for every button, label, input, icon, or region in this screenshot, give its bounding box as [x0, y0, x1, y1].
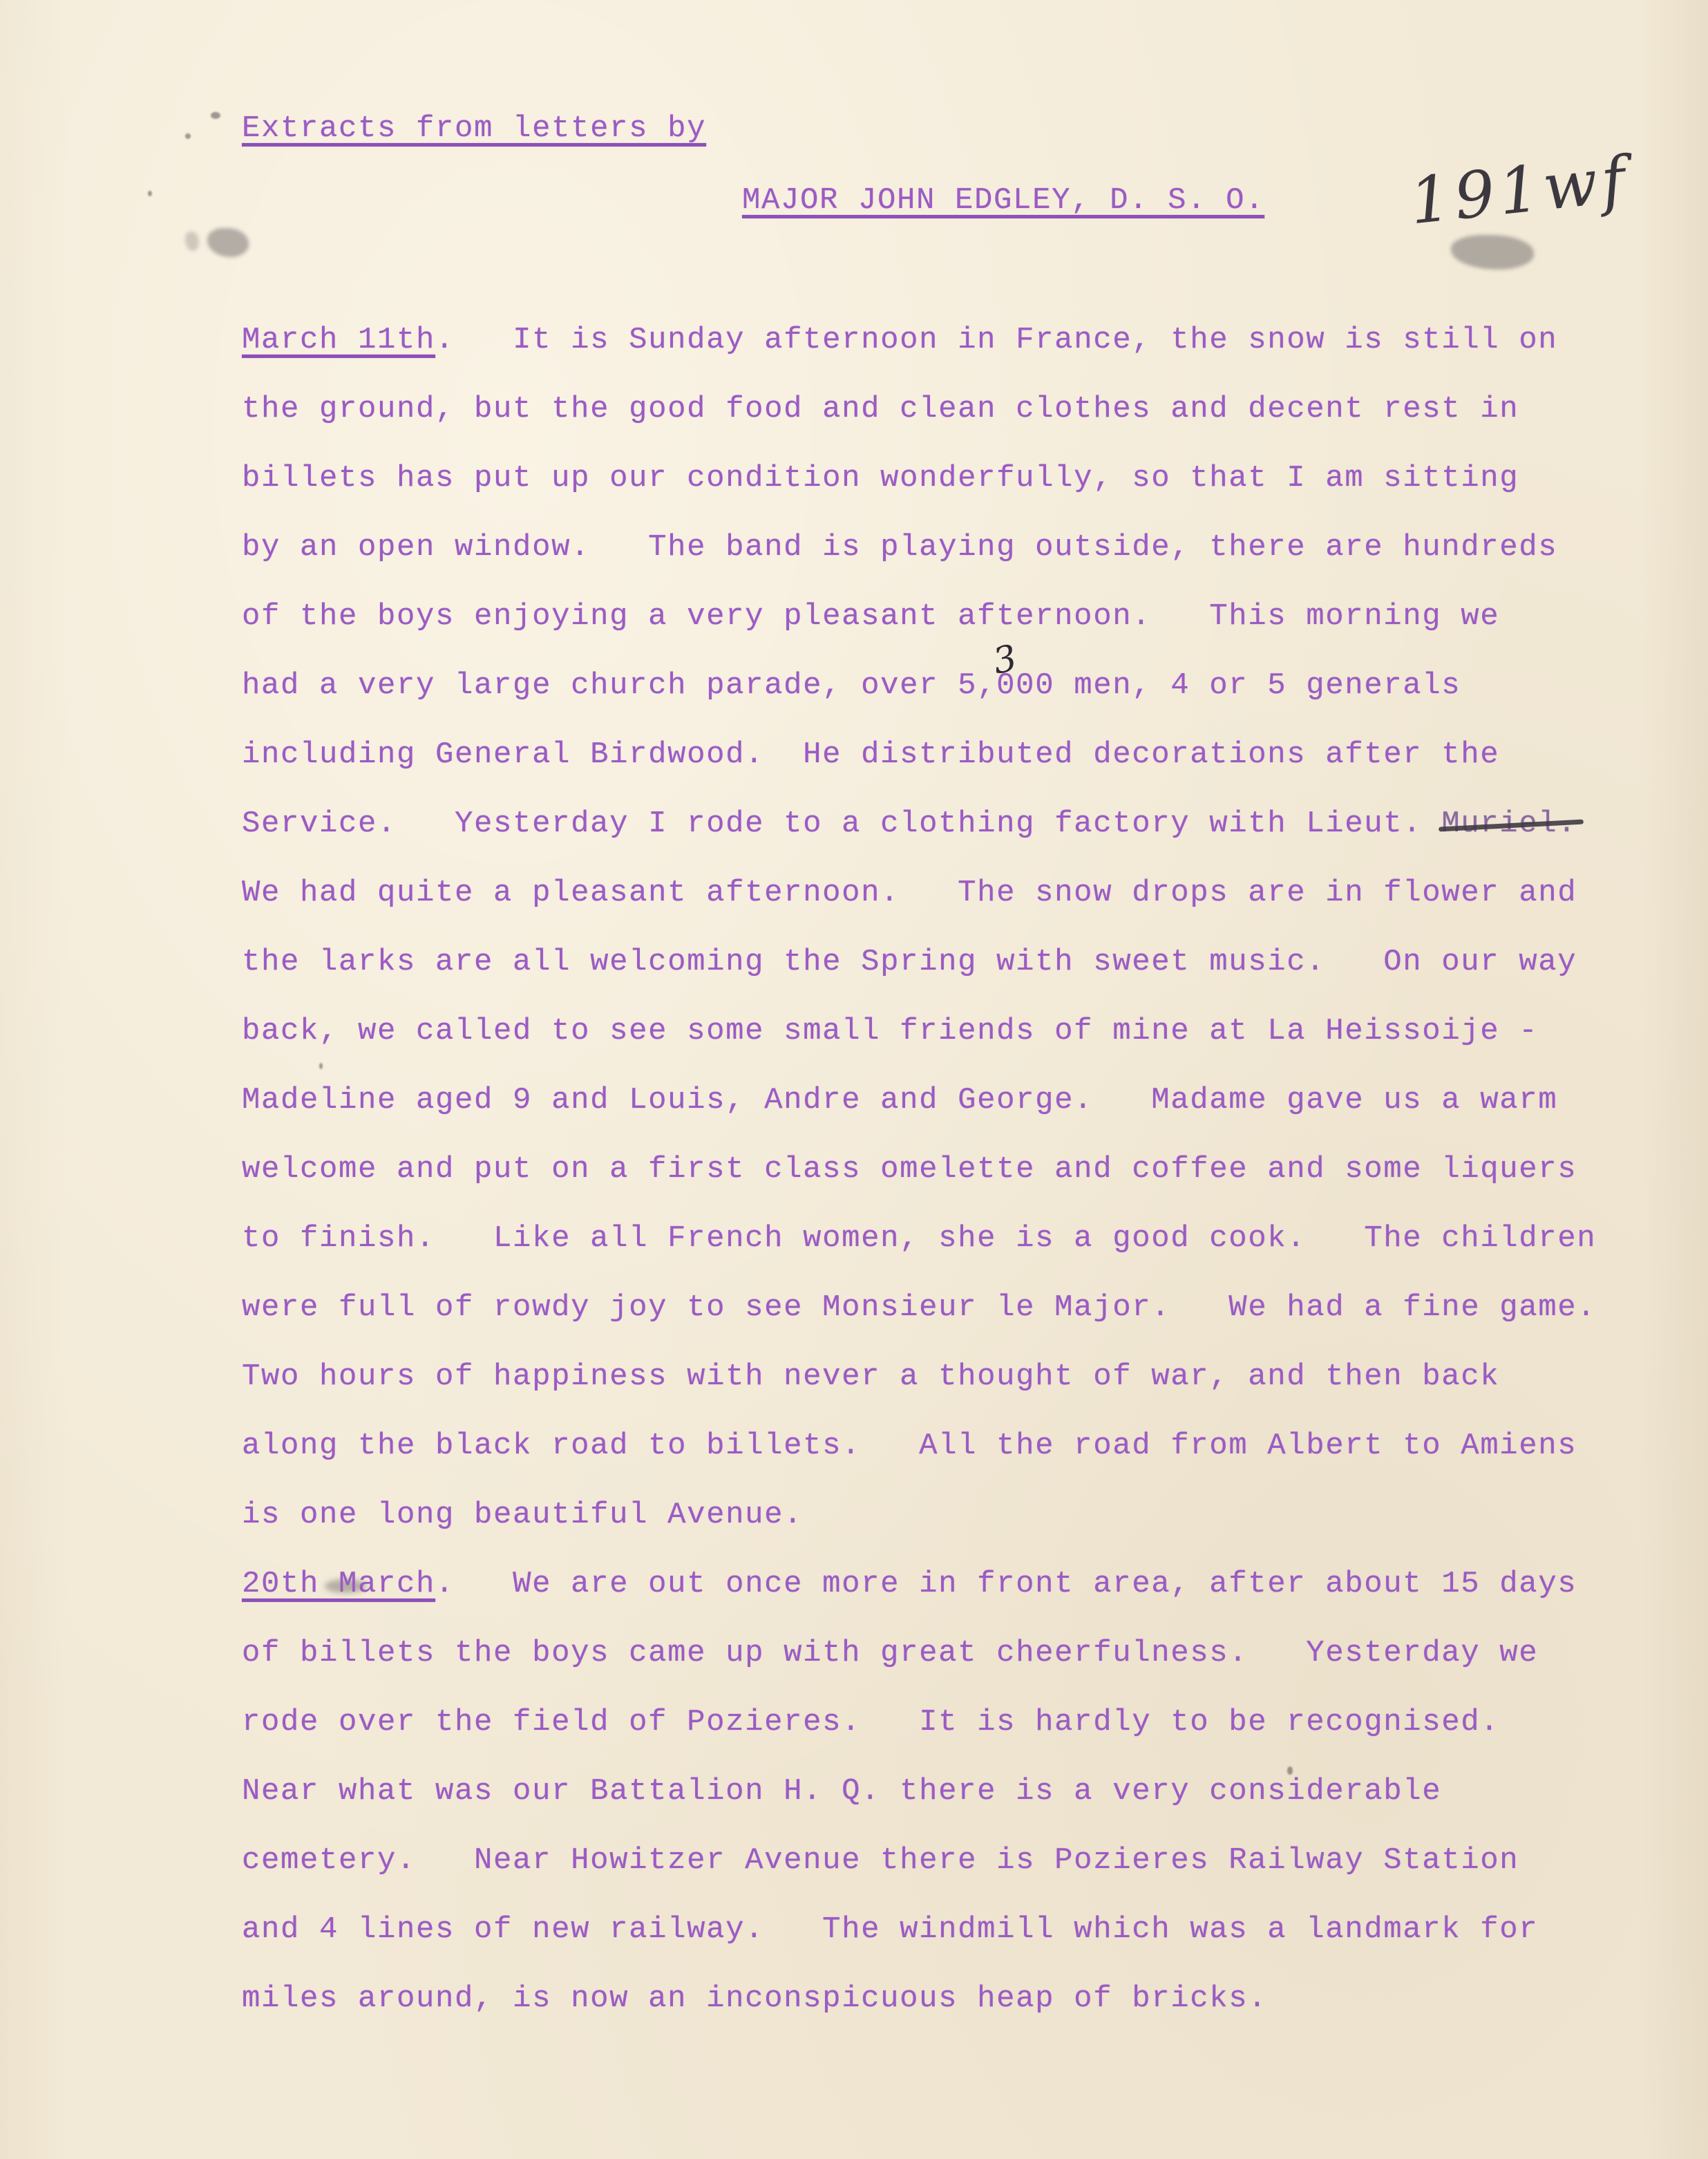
text-line: the ground, but the good food and clean … — [242, 394, 1519, 424]
text-line: Madeline aged 9 and Louis, Andre and Geo… — [242, 1085, 1557, 1115]
text-line: of the boys enjoying a very pleasant aft… — [242, 601, 1499, 632]
text-line: is one long beautiful Avenue. — [242, 1500, 803, 1530]
ink-stain — [185, 232, 199, 251]
text-line: miles around, is now an inconspicuous he… — [242, 1983, 1267, 2014]
speck — [319, 1063, 323, 1069]
entry-date: March 11th — [242, 323, 435, 357]
text-line: March 11th. It is Sunday afternoon in Fr… — [242, 325, 1557, 355]
text-line: by an open window. The band is playing o… — [242, 532, 1557, 563]
text-line: billets has put up our condition wonderf… — [242, 463, 1519, 493]
text-line: Service. Yesterday I rode to a clothing … — [242, 809, 1577, 839]
speck — [148, 191, 152, 196]
text-line: the larks are all welcoming the Spring w… — [242, 947, 1577, 977]
text-line: had a very large church parade, over 5,0… — [242, 670, 1461, 701]
text-line: back, we called to see some small friend… — [242, 1016, 1538, 1046]
text-line: including General Birdwood. He distribut… — [242, 739, 1499, 770]
entry-date: 20th March — [242, 1567, 435, 1601]
text-line: of billets the boys came up with great c… — [242, 1638, 1538, 1668]
text-line: Two hours of happiness with never a thou… — [242, 1361, 1499, 1392]
text-line: along the black road to billets. All the… — [242, 1431, 1577, 1461]
text-line: rode over the field of Pozieres. It is h… — [242, 1707, 1499, 1737]
document-title: Extracts from letters by — [242, 113, 706, 144]
text-line: were full of rowdy joy to see Monsieur l… — [242, 1292, 1596, 1323]
text-line: 20th March. We are out once more in fron… — [242, 1569, 1577, 1599]
text-line: We had quite a pleasant afternoon. The s… — [242, 878, 1577, 908]
text-line: and 4 lines of new railway. The windmill… — [242, 1914, 1538, 1945]
text-line: welcome and put on a first class omelett… — [242, 1154, 1577, 1185]
document-author: MAJOR JOHN EDGLEY, D. S. O. — [742, 185, 1264, 216]
speck — [185, 133, 191, 139]
text-line: cemetery. Near Howitzer Avenue there is … — [242, 1845, 1519, 1876]
struck-out-word: Muriel. — [1441, 807, 1577, 841]
text-line: Near what was our Battalion H. Q. there … — [242, 1776, 1441, 1807]
text-line: to finish. Like all French women, she is… — [242, 1223, 1596, 1254]
speck — [211, 112, 220, 119]
